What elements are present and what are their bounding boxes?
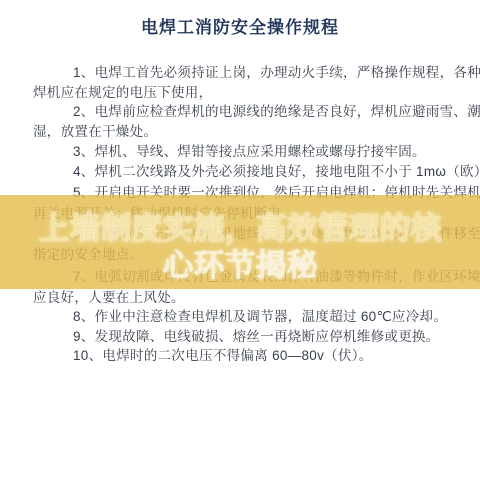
- regulation-line: 焊机应在规定的电压下使用，: [33, 81, 212, 101]
- regulation-line: 10、电焊时的二次电压不得偏离 60—80v（伏）。: [73, 344, 373, 364]
- regulation-line: 4、焊机二次线路及外壳必须接地良好，接地电阻不小于 1mω（欧）。: [73, 160, 480, 180]
- page-title: 电焊工消防安全操作规程: [0, 13, 480, 38]
- regulation-line: 8、作业中注意检查电焊机及调节器，温度超过 60℃应冷却。: [73, 305, 447, 325]
- regulation-line: 1、电焊工首先必须持证上岗，办理动火手续，严格操作规程，各种: [73, 61, 480, 81]
- regulation-line: 2、电焊前应检查焊机的电源线的绝缘是否良好，焊机应避雨雪、潮: [73, 100, 480, 120]
- regulation-line: 应良好，人要在上风处。: [33, 286, 185, 306]
- overlay-headline-line2: 心环节揭秘: [0, 240, 480, 285]
- regulation-line: 湿，放置在干燥处。: [33, 120, 157, 140]
- document-page: 电焊工消防安全操作规程 1、电焊工首先必须持证上岗，办理动火手续，严格操作规程，…: [0, 0, 480, 480]
- regulation-line: 9、发现故障、电线破损、熔丝一再烧断应停机维修或更换。: [73, 325, 440, 345]
- regulation-line: 3、焊机、导线、焊钳等接点应采用螺栓或螺母拧接牢固。: [73, 140, 426, 160]
